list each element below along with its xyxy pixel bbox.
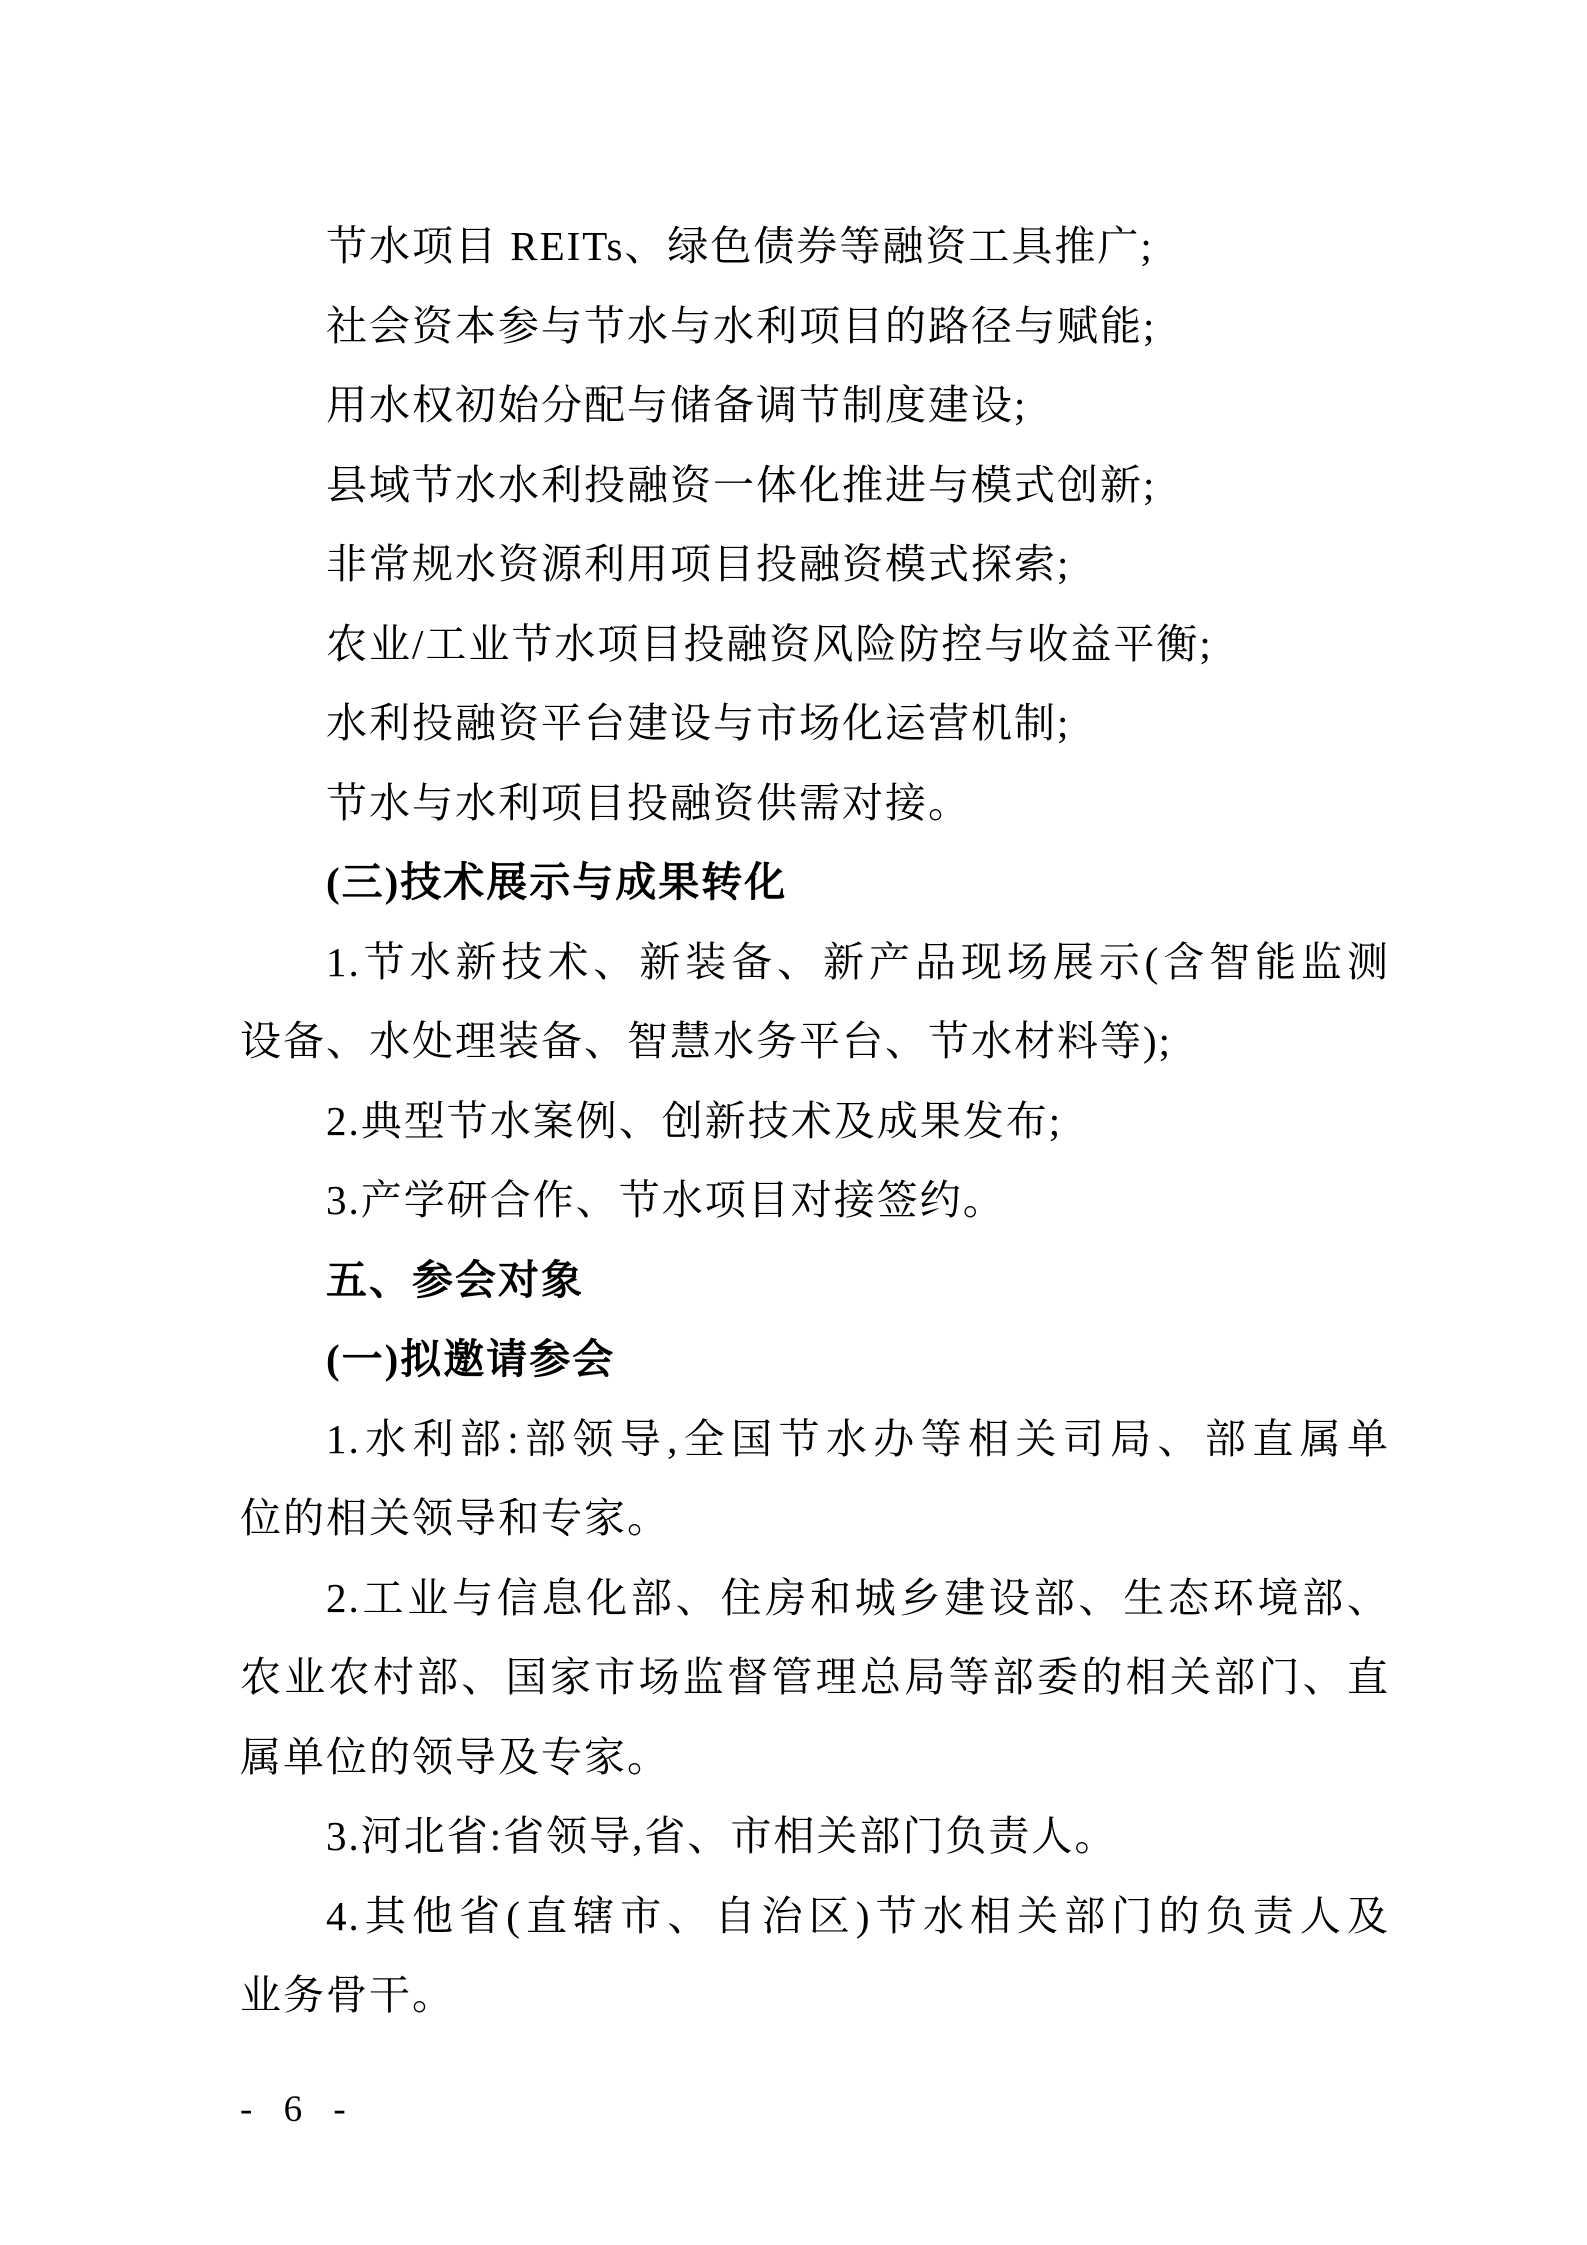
document-page: 节水项目 REITs、绿色债券等融资工具推广;社会资本参与节水与水利项目的路径与…	[0, 0, 1587, 2245]
text-line: 非常规水资源利用项目投融资模式探索;	[240, 525, 1390, 605]
text-line: 节水与水利项目投融资供需对接。	[240, 764, 1390, 844]
text-line: 1.节水新技术、新装备、新产品现场展示(含智能监测	[240, 923, 1390, 1003]
text-line: 2.典型节水案例、创新技术及成果发布;	[240, 1082, 1390, 1162]
document-body: 节水项目 REITs、绿色债券等融资工具推广;社会资本参与节水与水利项目的路径与…	[240, 207, 1390, 2036]
text-line: 农业/工业节水项目投融资风险防控与收益平衡;	[240, 605, 1390, 685]
text-line: 用水权初始分配与储备调节制度建设;	[240, 366, 1390, 446]
heading-line: (三)技术展示与成果转化	[240, 843, 1390, 923]
text-line: 属单位的领导及专家。	[240, 1718, 1390, 1798]
text-line: 社会资本参与节水与水利项目的路径与赋能;	[240, 287, 1390, 367]
text-line: 位的相关领导和专家。	[240, 1479, 1390, 1559]
text-line: 3.河北省:省领导,省、市相关部门负责人。	[240, 1797, 1390, 1877]
text-line: 节水项目 REITs、绿色债券等融资工具推广;	[240, 207, 1390, 287]
page-number: - 6 -	[240, 2082, 348, 2138]
text-line: 2.工业与信息化部、住房和城乡建设部、生态环境部、	[240, 1559, 1390, 1639]
text-line: 业务骨干。	[240, 1956, 1390, 2036]
text-line: 水利投融资平台建设与市场化运营机制;	[240, 684, 1390, 764]
text-line: 县域节水水利投融资一体化推进与模式创新;	[240, 446, 1390, 526]
heading-line: (一)拟邀请参会	[240, 1320, 1390, 1400]
text-line: 1.水利部:部领导,全国节水办等相关司局、部直属单	[240, 1400, 1390, 1480]
text-line: 3.产学研合作、节水项目对接签约。	[240, 1161, 1390, 1241]
text-line: 农业农村部、国家市场监督管理总局等部委的相关部门、直	[240, 1638, 1390, 1718]
text-line: 4.其他省(直辖市、自治区)节水相关部门的负责人及	[240, 1877, 1390, 1957]
heading-line: 五、参会对象	[240, 1241, 1390, 1321]
text-line: 设备、水处理装备、智慧水务平台、节水材料等);	[240, 1002, 1390, 1082]
